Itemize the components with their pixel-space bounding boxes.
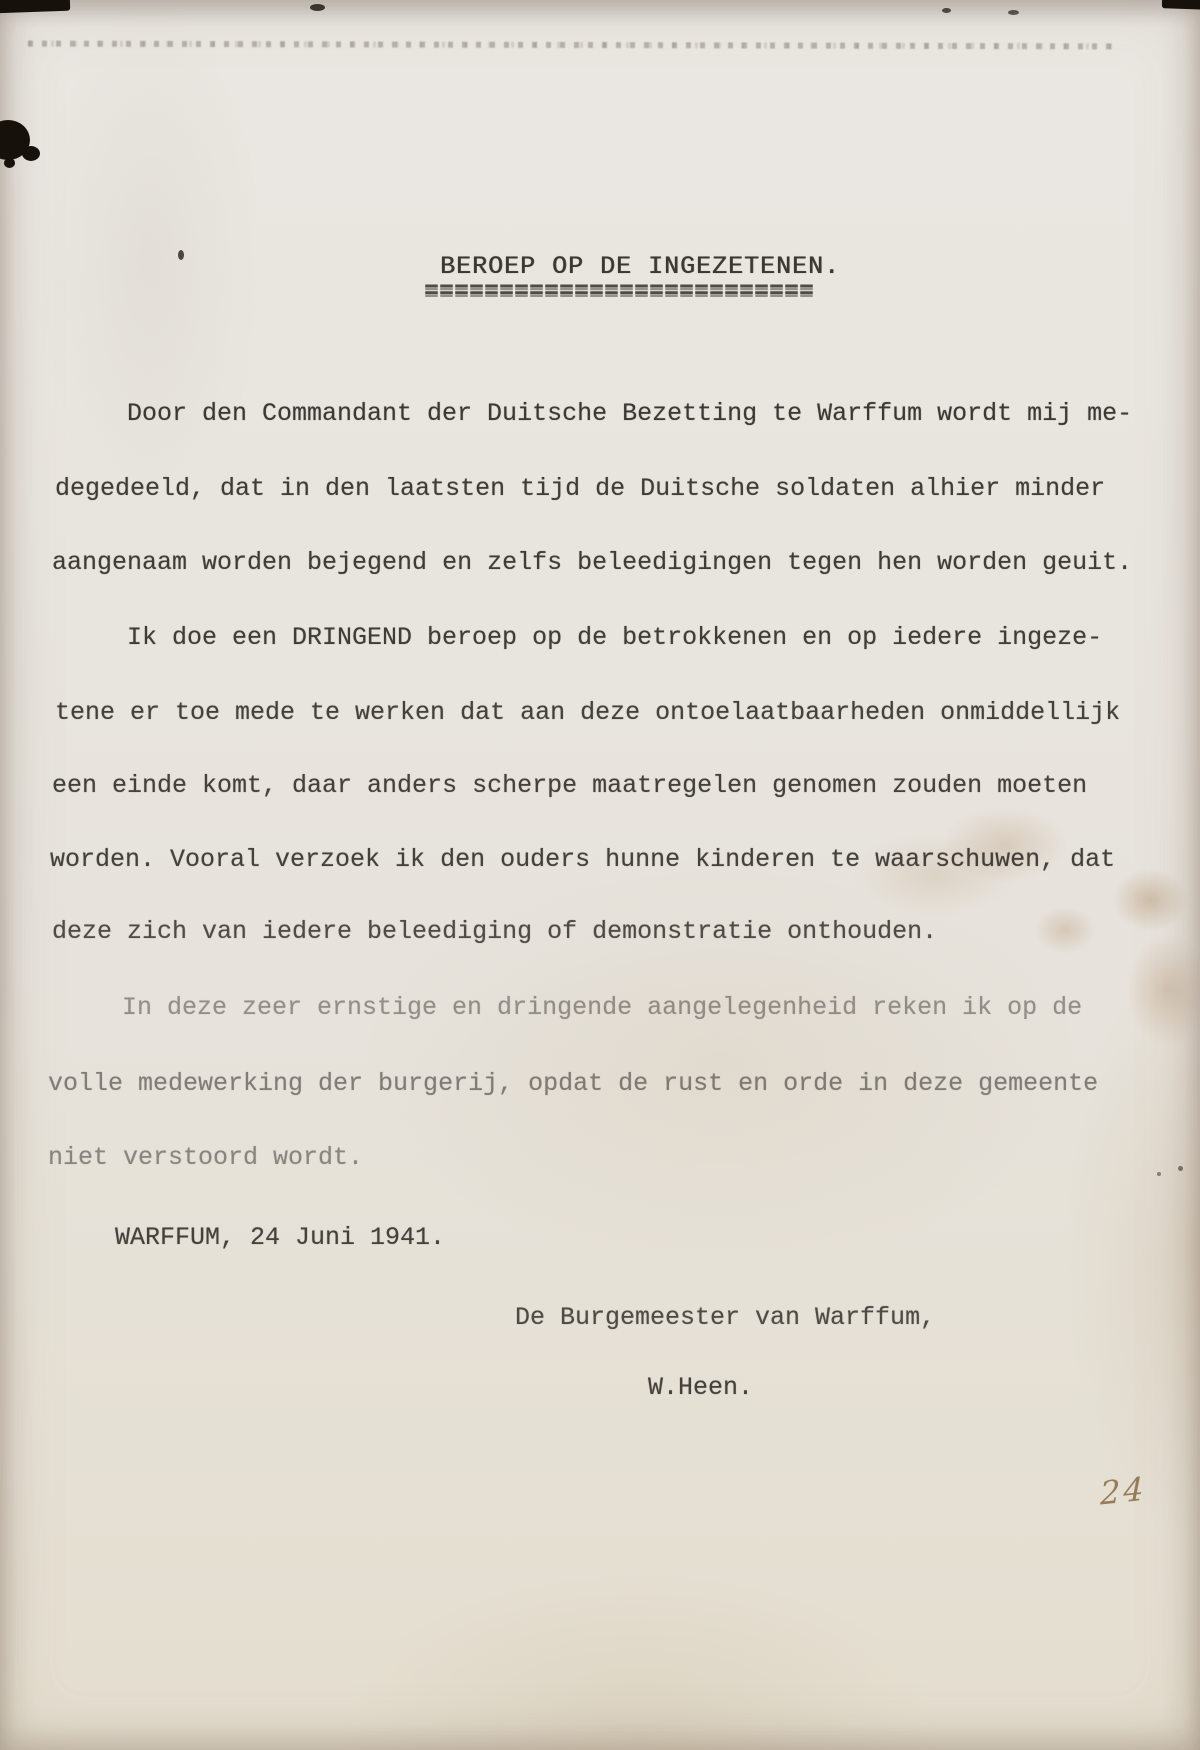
scan-artifact-speck xyxy=(942,8,951,13)
title-underline: ========================== xyxy=(424,277,814,306)
letter-line-faded: volle medewerking der burgerij, opdat de… xyxy=(48,1068,1098,1100)
scan-artifact-top-right-mark xyxy=(1162,0,1200,10)
letter-line: Door den Commandant der Duitsche Bezetti… xyxy=(127,398,1132,430)
letter-line-faded: In deze zeer ernstige en dringende aange… xyxy=(122,992,1082,1024)
letter-line: een einde komt, daar anders scherpe maat… xyxy=(52,770,1087,802)
ink-blot xyxy=(22,146,40,161)
letter-line: aangenaam worden bejegend en zelfs belee… xyxy=(52,547,1132,579)
letter-line: tene er toe mede te werken dat aan deze … xyxy=(55,697,1120,729)
scanned-letter-page: BEROEP OP DE INGEZETENEN. ==============… xyxy=(0,0,1200,1750)
letter-line: worden. Vooral verzoek ik den ouders hun… xyxy=(50,844,1115,876)
scan-artifact-speck xyxy=(1008,10,1019,15)
letter-line-faded: niet verstoord wordt. xyxy=(48,1142,363,1174)
letter-line: degedeeld, dat in den laatsten tijd de D… xyxy=(55,473,1105,505)
scan-artifact-top-left-mark xyxy=(0,0,70,13)
signature-role: De Burgemeester van Warffum, xyxy=(515,1302,935,1334)
scan-artifact-speck xyxy=(1178,1166,1183,1171)
letter-line: Ik doe een DRINGEND beroep op de betrokk… xyxy=(127,622,1102,654)
scan-artifact-dotted-line xyxy=(28,41,1118,50)
signature-name: W.Heen. xyxy=(648,1372,753,1404)
scan-artifact-speck xyxy=(1157,1172,1161,1176)
scan-artifact-speck xyxy=(178,250,184,260)
letter-line: deze zich van iedere beleediging of demo… xyxy=(52,916,937,948)
ink-blot xyxy=(4,158,15,168)
handwritten-page-number: 24 xyxy=(1100,1469,1146,1512)
scan-artifact-speck xyxy=(310,4,325,11)
dateline: WARFFUM, 24 Juni 1941. xyxy=(115,1222,445,1254)
